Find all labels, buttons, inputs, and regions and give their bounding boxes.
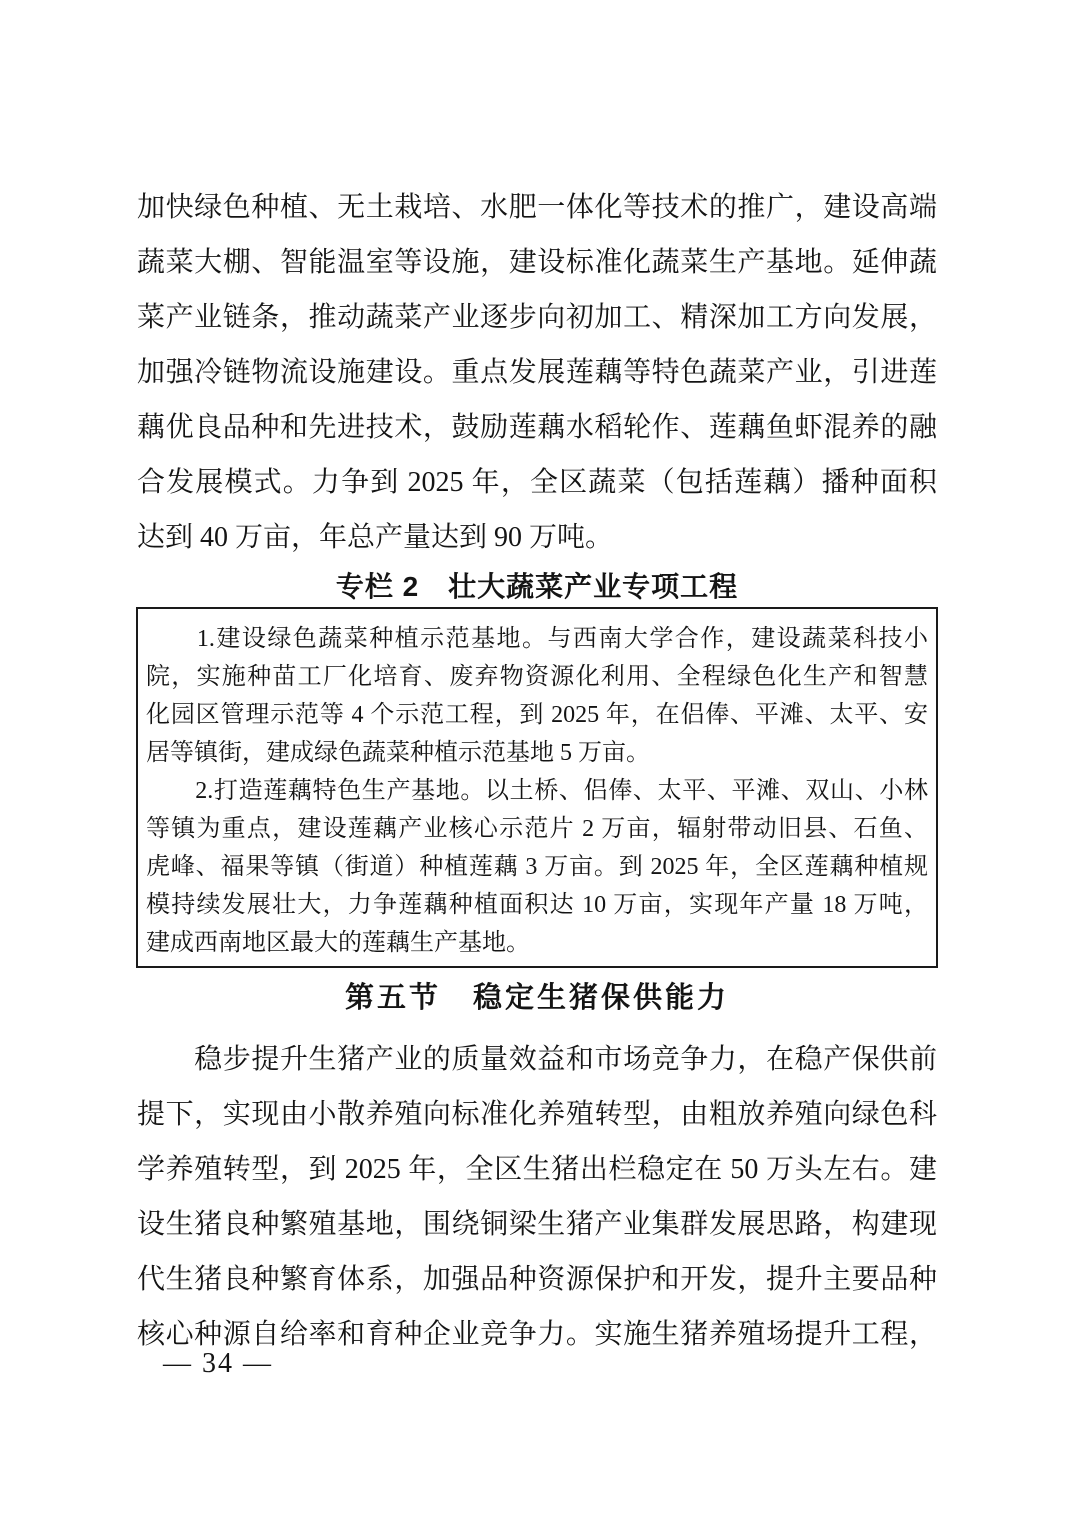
- box-item-green-vegetable-base: 1.建设绿色蔬菜种植示范基地。与西南大学合作，建设蔬菜科技小院，实施种苗工厂化培…: [146, 620, 928, 772]
- text-line: 建成西南地区最大的莲藕生产基地。: [146, 924, 928, 962]
- text-line: 虎峰、福果等镇（街道）种植莲藕 3 万亩。到 2025 年，全区莲藕种植规: [146, 848, 928, 886]
- text-line: 1.建设绿色蔬菜种植示范基地。与西南大学合作，建设蔬菜科技小: [146, 620, 928, 658]
- text-line: 代生猪良种繁育体系，加强品种资源保护和开发，提升主要品种: [137, 1252, 937, 1307]
- text-line: 加强冷链物流设施建设。重点发展莲藕等特色蔬菜产业，引进莲: [137, 345, 937, 400]
- text-line: 提下，实现由小散养殖向标准化养殖转型，由粗放养殖向绿色科: [137, 1087, 937, 1142]
- text-line: 合发展模式。力争到 2025 年，全区蔬菜（包括莲藕）播种面积: [137, 455, 937, 510]
- page-number: — 34 —: [163, 1349, 273, 1379]
- box-item-lotus-root-base: 2.打造莲藕特色生产基地。以土桥、侣俸、太平、平滩、双山、小林等镇为重点，建设莲…: [146, 772, 928, 962]
- paragraph-vegetable-industry: 加快绿色种植、无土栽培、水肥一体化等技术的推广，建设高端蔬菜大棚、智能温室等设施…: [137, 180, 937, 565]
- text-line: 设生猪良种繁殖基地，围绕铜梁生猪产业集群发展思路，构建现: [137, 1197, 937, 1252]
- text-line: 化园区管理示范等 4 个示范工程，到 2025 年，在侣俸、平滩、太平、安: [146, 696, 928, 734]
- special-column-box: 1.建设绿色蔬菜种植示范基地。与西南大学合作，建设蔬菜科技小院，实施种苗工厂化培…: [136, 607, 938, 968]
- text-line: 达到 40 万亩，年总产量达到 90 万吨。: [137, 510, 937, 565]
- text-line: 学养殖转型，到 2025 年，全区生猪出栏稳定在 50 万头左右。建: [137, 1142, 937, 1197]
- text-line: 蔬菜大棚、智能温室等设施，建设标准化蔬菜生产基地。延伸蔬: [137, 235, 937, 290]
- document-page: 加快绿色种植、无土栽培、水肥一体化等技术的推广，建设高端蔬菜大棚、智能温室等设施…: [0, 0, 1074, 1520]
- section-heading: 第五节 稳定生猪保供能力: [137, 976, 937, 1020]
- text-line: 稳步提升生猪产业的质量效益和市场竞争力，在稳产保供前: [137, 1032, 937, 1087]
- text-line: 等镇为重点，建设莲藕产业核心示范片 2 万亩，辐射带动旧县、石鱼、: [146, 810, 928, 848]
- text-line: 模持续发展壮大，力争莲藕种植面积达 10 万亩，实现年产量 18 万吨，: [146, 886, 928, 924]
- paragraph-pig-industry: 稳步提升生猪产业的质量效益和市场竞争力，在稳产保供前提下，实现由小散养殖向标准化…: [137, 1032, 937, 1362]
- text-line: 加快绿色种植、无土栽培、水肥一体化等技术的推广，建设高端: [137, 180, 937, 235]
- special-column-box-title: 专栏 2 壮大蔬菜产业专项工程: [137, 568, 937, 606]
- text-line: 院，实施种苗工厂化培育、废弃物资源化利用、全程绿色化生产和智慧: [146, 658, 928, 696]
- text-line: 藕优良品种和先进技术，鼓励莲藕水稻轮作、莲藕鱼虾混养的融: [137, 400, 937, 455]
- text-line: 菜产业链条，推动蔬菜产业逐步向初加工、精深加工方向发展，: [137, 290, 937, 345]
- text-line: 2.打造莲藕特色生产基地。以土桥、侣俸、太平、平滩、双山、小林: [146, 772, 928, 810]
- text-line: 居等镇街，建成绿色蔬菜种植示范基地 5 万亩。: [146, 734, 928, 772]
